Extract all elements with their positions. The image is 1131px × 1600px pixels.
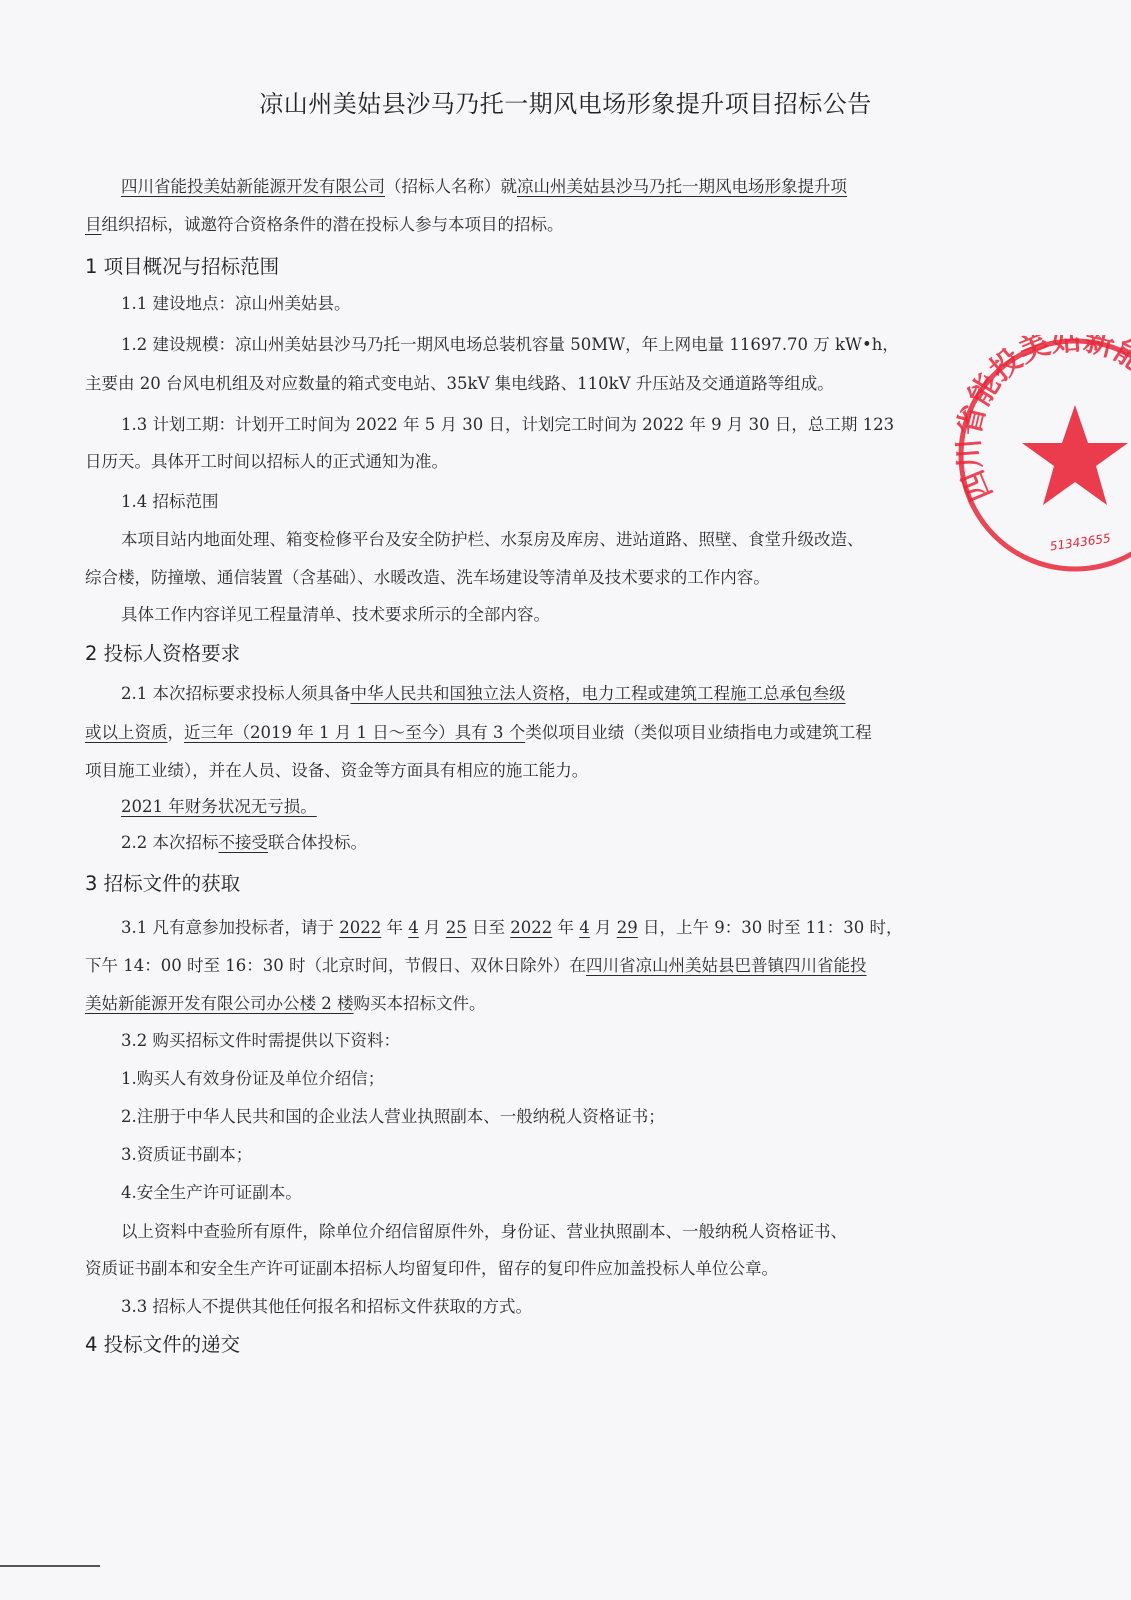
end-year: 2022 <box>510 918 552 937</box>
para-1-2-line2: 主要由 20 台风电机组及对应数量的箱式变电站、35kV 集电线路、110kV … <box>85 373 985 395</box>
text: 下午 14：00 时至 16：30 时（北京时间，节假日、双休日除外）在 <box>85 956 586 975</box>
end-day: 29 <box>617 918 638 937</box>
text: 日至 <box>467 918 511 937</box>
para-1-4: 1.4 招标范围 <box>121 491 1021 513</box>
end-month: 4 <box>579 918 590 937</box>
para-3-1-line2: 下午 14：00 时至 16：30 时（北京时间，节假日、双休日除外）在四川省凉… <box>85 955 985 977</box>
consortium-not-accepted: 不接受 <box>219 833 269 852</box>
para-1-3-line2: 日历天。具体开工时间以招标人的正式通知为准。 <box>85 451 985 473</box>
qualification-requirement: 中华人民共和国独立法人资格，电力工程或建筑工程施工总承包叁级 <box>351 684 846 703</box>
para-3-1-line1: 3.1 凡有意参加投标者，请于 2022 年 4 月 25 日至 2022 年 … <box>121 917 1021 939</box>
para-2-1-line2: 或以上资质，近三年（2019 年 1 月 1 日～至今）具有 3 个类似项目业绩… <box>85 722 985 744</box>
intro-line-2: 目组织招标，诚邀符合资格条件的潜在投标人参与本项目的招标。 <box>85 214 985 236</box>
start-year: 2022 <box>339 918 381 937</box>
text: 2.2 本次招标 <box>121 833 219 852</box>
para-2-1-line1: 2.1 本次招标要求投标人须具备中华人民共和国独立法人资格，电力工程或建筑工程施… <box>121 683 1021 705</box>
para-2-1-line3: 项目施工业绩），并在人员、设备、资金等方面具有相应的施工能力。 <box>85 760 985 782</box>
para-1-2-line1: 1.2 建设规模：凉山州美姑县沙马乃托一期风电场总装机容量 50MW，年上网电量… <box>121 334 1021 356</box>
scope-line-3: 具体工作内容详见工程量清单、技术要求所示的全部内容。 <box>121 604 1021 626</box>
para-3-2: 3.2 购买招标文件时需提供以下资料： <box>121 1030 1021 1052</box>
start-month: 4 <box>408 918 419 937</box>
text: 年 <box>381 918 408 937</box>
project-name-cont: 目 <box>85 215 102 234</box>
required-item: 3.资质证书副本； <box>121 1144 1021 1166</box>
required-item: 2.注册于中华人民共和国的企业法人营业执照副本、一般纳税人资格证书； <box>121 1106 1021 1128</box>
section-3-heading: 3 招标文件的获取 <box>85 868 240 896</box>
note-line-1: 以上资料中查验所有原件，除单位介绍信留原件外，身份证、营业执照副本、一般纳税人资… <box>121 1221 1021 1243</box>
text: 月 <box>590 918 617 937</box>
text: 购买本招标文件。 <box>354 994 486 1013</box>
para-3-3: 3.3 招标人不提供其他任何报名和招标文件获取的方式。 <box>121 1296 1021 1318</box>
section-1-heading: 1 项目概况与招标范围 <box>85 251 279 279</box>
text: 年 <box>552 918 579 937</box>
seal-text: 四川省能投美姑新能源 <box>955 335 1131 506</box>
text: 月 <box>419 918 446 937</box>
scanned-document-page: 凉山州美姑县沙马乃托一期风电场形象提升项目招标公告 四川省能投美姑新能源开发有限… <box>0 0 1131 1600</box>
experience-requirement: 近三年（2019 年 1 月 1 日～至今）具有 3 个 <box>184 723 525 742</box>
text: 2.1 本次招标要求投标人须具备 <box>121 684 351 703</box>
company-seal-icon: 四川省能投美姑新能源 51343655 <box>955 335 1131 575</box>
finance-text: 2021 年财务状况无亏损。 <box>121 797 317 816</box>
start-day: 25 <box>446 918 467 937</box>
text: 联合体投标。 <box>268 833 367 852</box>
note-line-2: 资质证书副本和安全生产许可证副本招标人均留复印件，留存的复印件应加盖投标人单位公… <box>85 1258 985 1280</box>
tenderer-name: 四川省能投美姑新能源开发有限公司 <box>121 177 385 196</box>
svg-text:四川省能投美姑新能源: 四川省能投美姑新能源 <box>955 335 1131 506</box>
scope-line-1: 本项目站内地面处理、箱变检修平台及安全防护栏、水泵房及库房、进站道路、照壁、食堂… <box>121 529 1021 551</box>
text: ， <box>168 723 185 742</box>
purchase-address: 四川省凉山州美姑县巴普镇四川省能投 <box>586 956 867 975</box>
page-edge-mark <box>0 1565 100 1567</box>
seal-number: 51343655 <box>1049 531 1111 553</box>
project-name: 凉山州美姑县沙马乃托一期风电场形象提升项 <box>517 177 847 196</box>
intro-line-1: 四川省能投美姑新能源开发有限公司（招标人名称）就凉山州美姑县沙马乃托一期风电场形… <box>121 176 1021 198</box>
text: 类似项目业绩（类似项目业绩指电力或建筑工程 <box>525 723 872 742</box>
intro-text: （招标人名称）就 <box>385 177 517 196</box>
required-item: 4.安全生产许可证副本。 <box>121 1182 1021 1204</box>
required-item: 1.购买人有效身份证及单位介绍信； <box>121 1068 1021 1090</box>
para-1-3-line1: 1.3 计划工期：计划开工时间为 2022 年 5 月 30 日，计划完工时间为… <box>121 414 1021 436</box>
qualification-requirement-cont: 或以上资质 <box>85 723 168 742</box>
intro-text-cont: 组织招标，诚邀符合资格条件的潜在投标人参与本项目的招标。 <box>102 215 564 234</box>
purchase-address-cont: 美姑新能源开发有限公司办公楼 2 楼 <box>85 994 354 1013</box>
text: 3.1 凡有意参加投标者，请于 <box>121 918 339 937</box>
para-1-1: 1.1 建设地点：凉山州美姑县。 <box>121 293 1021 315</box>
para-2-2: 2.2 本次招标不接受联合体投标。 <box>121 832 1021 854</box>
text: 日，上午 9：30 时至 11：30 时， <box>638 918 903 937</box>
document-title: 凉山州美姑县沙马乃托一期风电场形象提升项目招标公告 <box>0 84 1131 119</box>
finance-requirement: 2021 年财务状况无亏损。 <box>121 796 1021 818</box>
scope-line-2: 综合楼，防撞墩、通信装置（含基础）、水暖改造、洗车场建设等清单及技术要求的工作内… <box>85 567 985 589</box>
para-3-1-line3: 美姑新能源开发有限公司办公楼 2 楼购买本招标文件。 <box>85 993 985 1015</box>
section-4-heading: 4 投标文件的递交 <box>85 1329 240 1357</box>
section-2-heading: 2 投标人资格要求 <box>85 638 240 666</box>
